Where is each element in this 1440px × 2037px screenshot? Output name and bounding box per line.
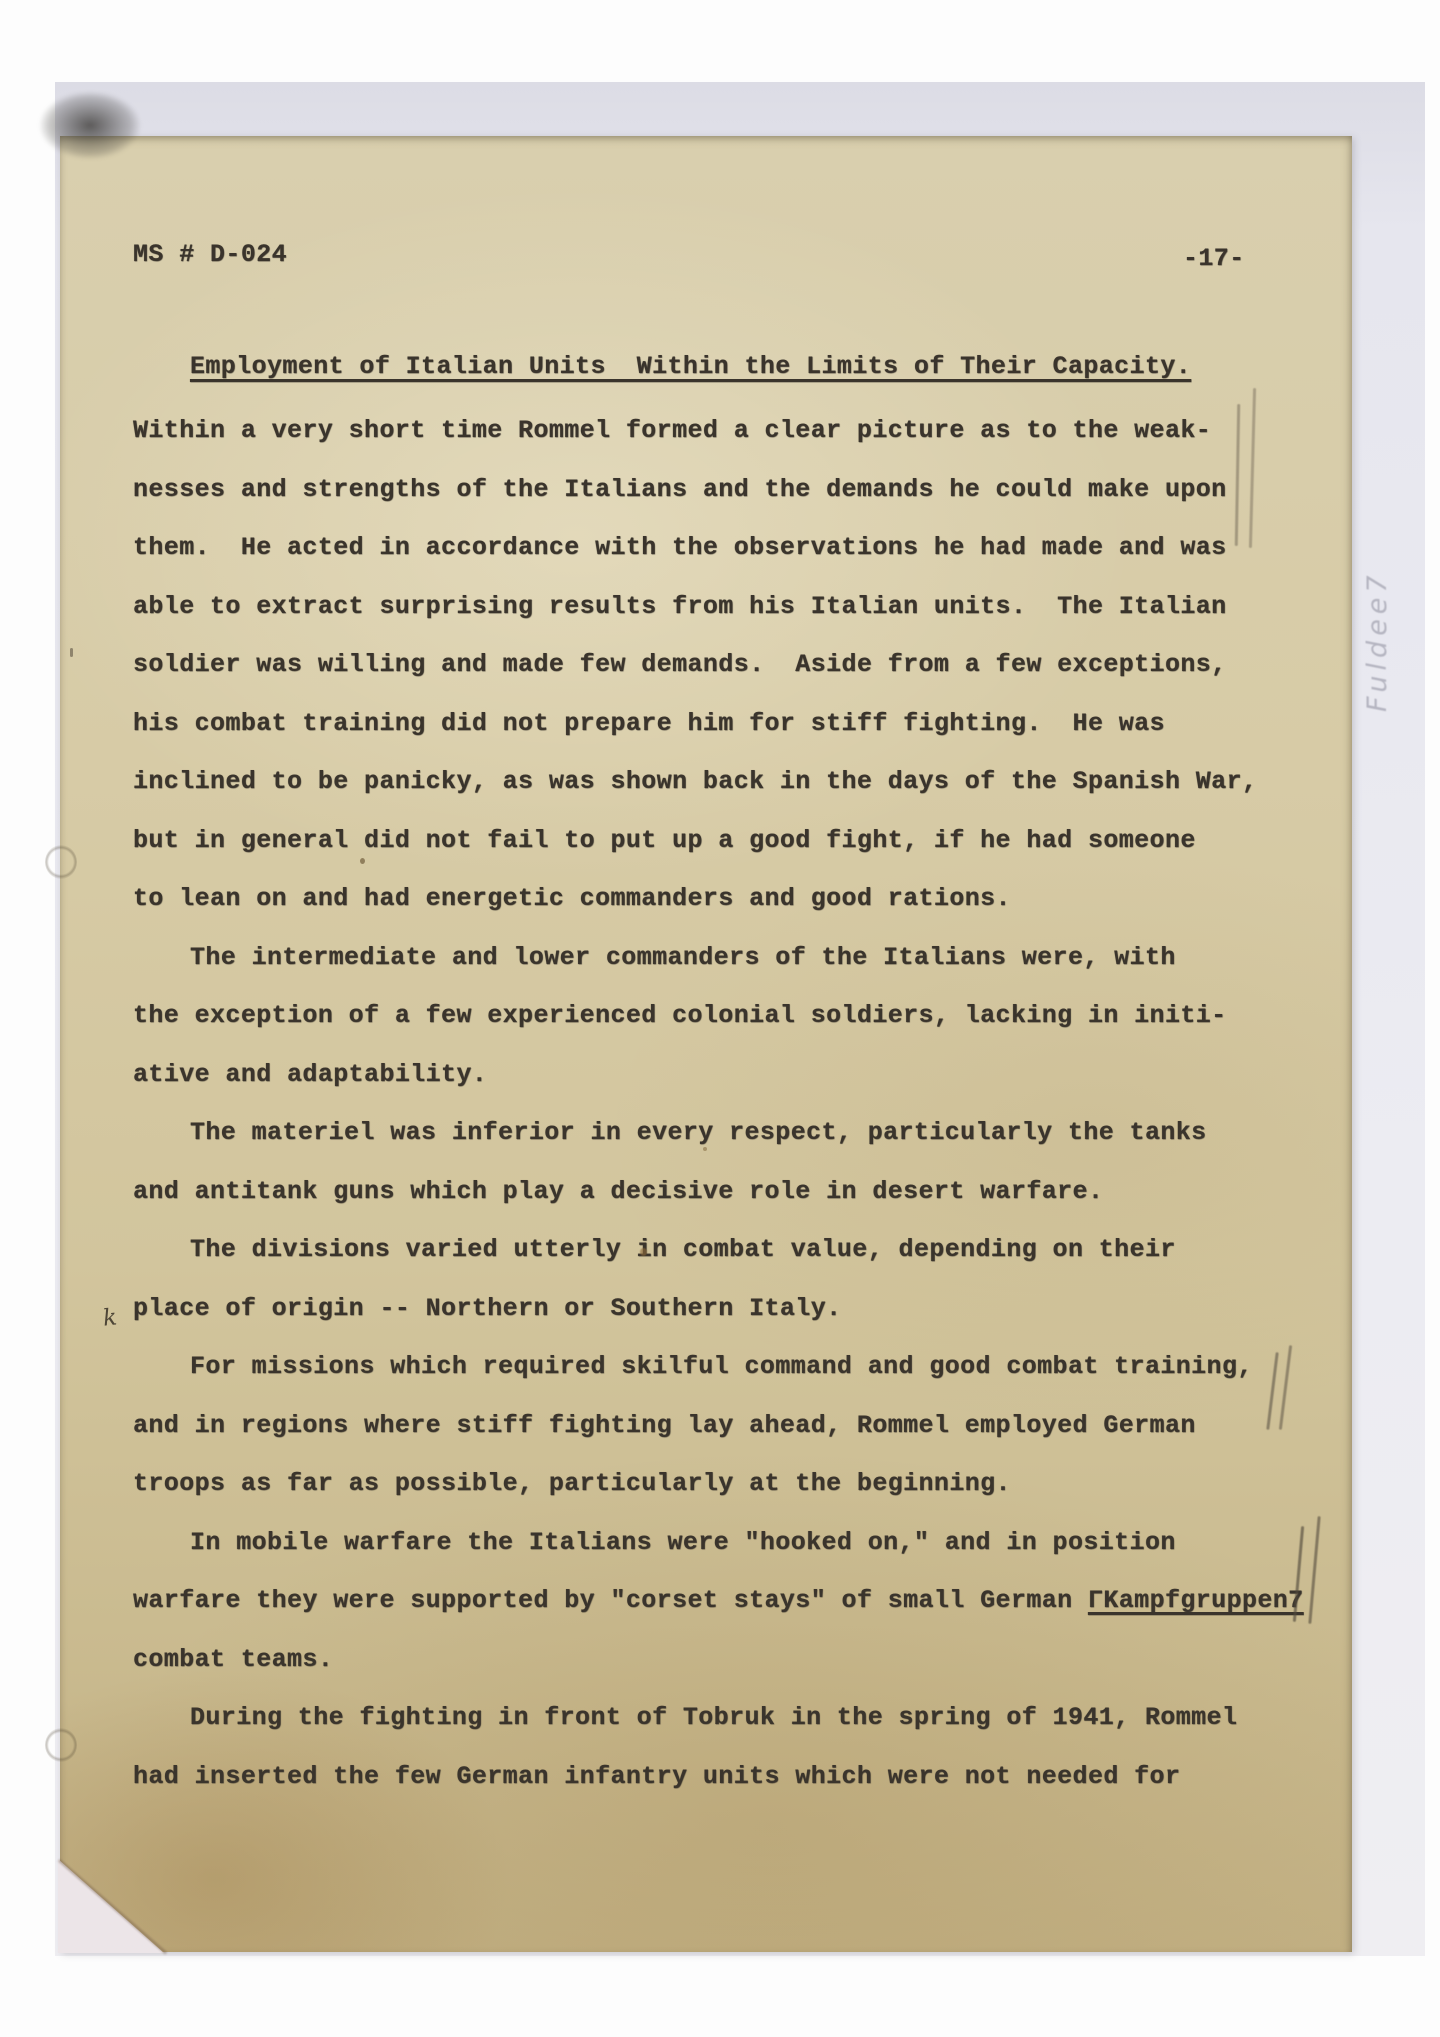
typed-line: and in regions where stiff fighting lay … [133,1397,1304,1456]
typed-line: The divisions varied utterly in combat v… [133,1221,1304,1280]
typed-line: troops as far as possible, particularly … [133,1455,1304,1514]
typed-line: his combat training did not prepare him … [133,695,1304,754]
typed-line: but in general did not fail to put up a … [133,812,1304,871]
body-text: Within a very short time Rommel formed a… [133,402,1304,1806]
scanned-document-screenshot: { "document": { "header": { "manuscript_… [0,0,1440,2037]
paper-speck [70,648,73,657]
page-number: -17- [1183,244,1245,273]
typed-line: inclined to be panicky, as was shown bac… [133,753,1304,812]
typed-line: able to extract surprising results from … [133,578,1304,637]
typed-line: to lean on and had energetic commanders … [133,870,1304,929]
punch-hole-bottom [45,1728,77,1762]
typed-line: combat teams. [133,1631,1304,1690]
typed-line: For missions which required skilful comm… [133,1338,1304,1397]
stray-ink-mark: k [102,1304,119,1331]
manuscript-number: MS # D-024 [133,240,287,269]
typed-line: In mobile warfare the Italians were "hoo… [133,1514,1304,1573]
typed-line: The materiel was inferior in every respe… [133,1104,1304,1163]
typed-line: During the fighting in front of Tobruk i… [133,1689,1304,1748]
typed-line: The intermediate and lower commanders of… [133,929,1304,988]
typed-line: the exception of a few experienced colon… [133,987,1304,1046]
punch-hole-top [45,845,77,879]
typed-line: and antitank guns which play a decisive … [133,1163,1304,1222]
typed-line: place of origin -- Northern or Southern … [133,1280,1304,1339]
paper-speck [640,1248,647,1256]
typed-line: soldier was willing and made few demands… [133,636,1304,695]
section-title: Employment of Italian Units Within the L… [190,352,1191,381]
handwritten-edge-note: Fuldee7 [1362,537,1393,712]
underlined-term: ΓKampfgruppen7 [1088,1586,1304,1615]
paper-speck [703,1147,707,1151]
typed-line: had inserted the few German infantry uni… [133,1748,1304,1807]
typed-line: Within a very short time Rommel formed a… [133,402,1304,461]
typed-line: them. He acted in accordance with the ob… [133,519,1304,578]
typed-line: nesses and strengths of the Italians and… [133,461,1304,520]
paper-speck [360,858,365,864]
typed-line: warfare they were supported by "corset s… [133,1572,1304,1631]
typed-line: ative and adaptability. [133,1046,1304,1105]
page-corner-shadow [36,84,156,176]
